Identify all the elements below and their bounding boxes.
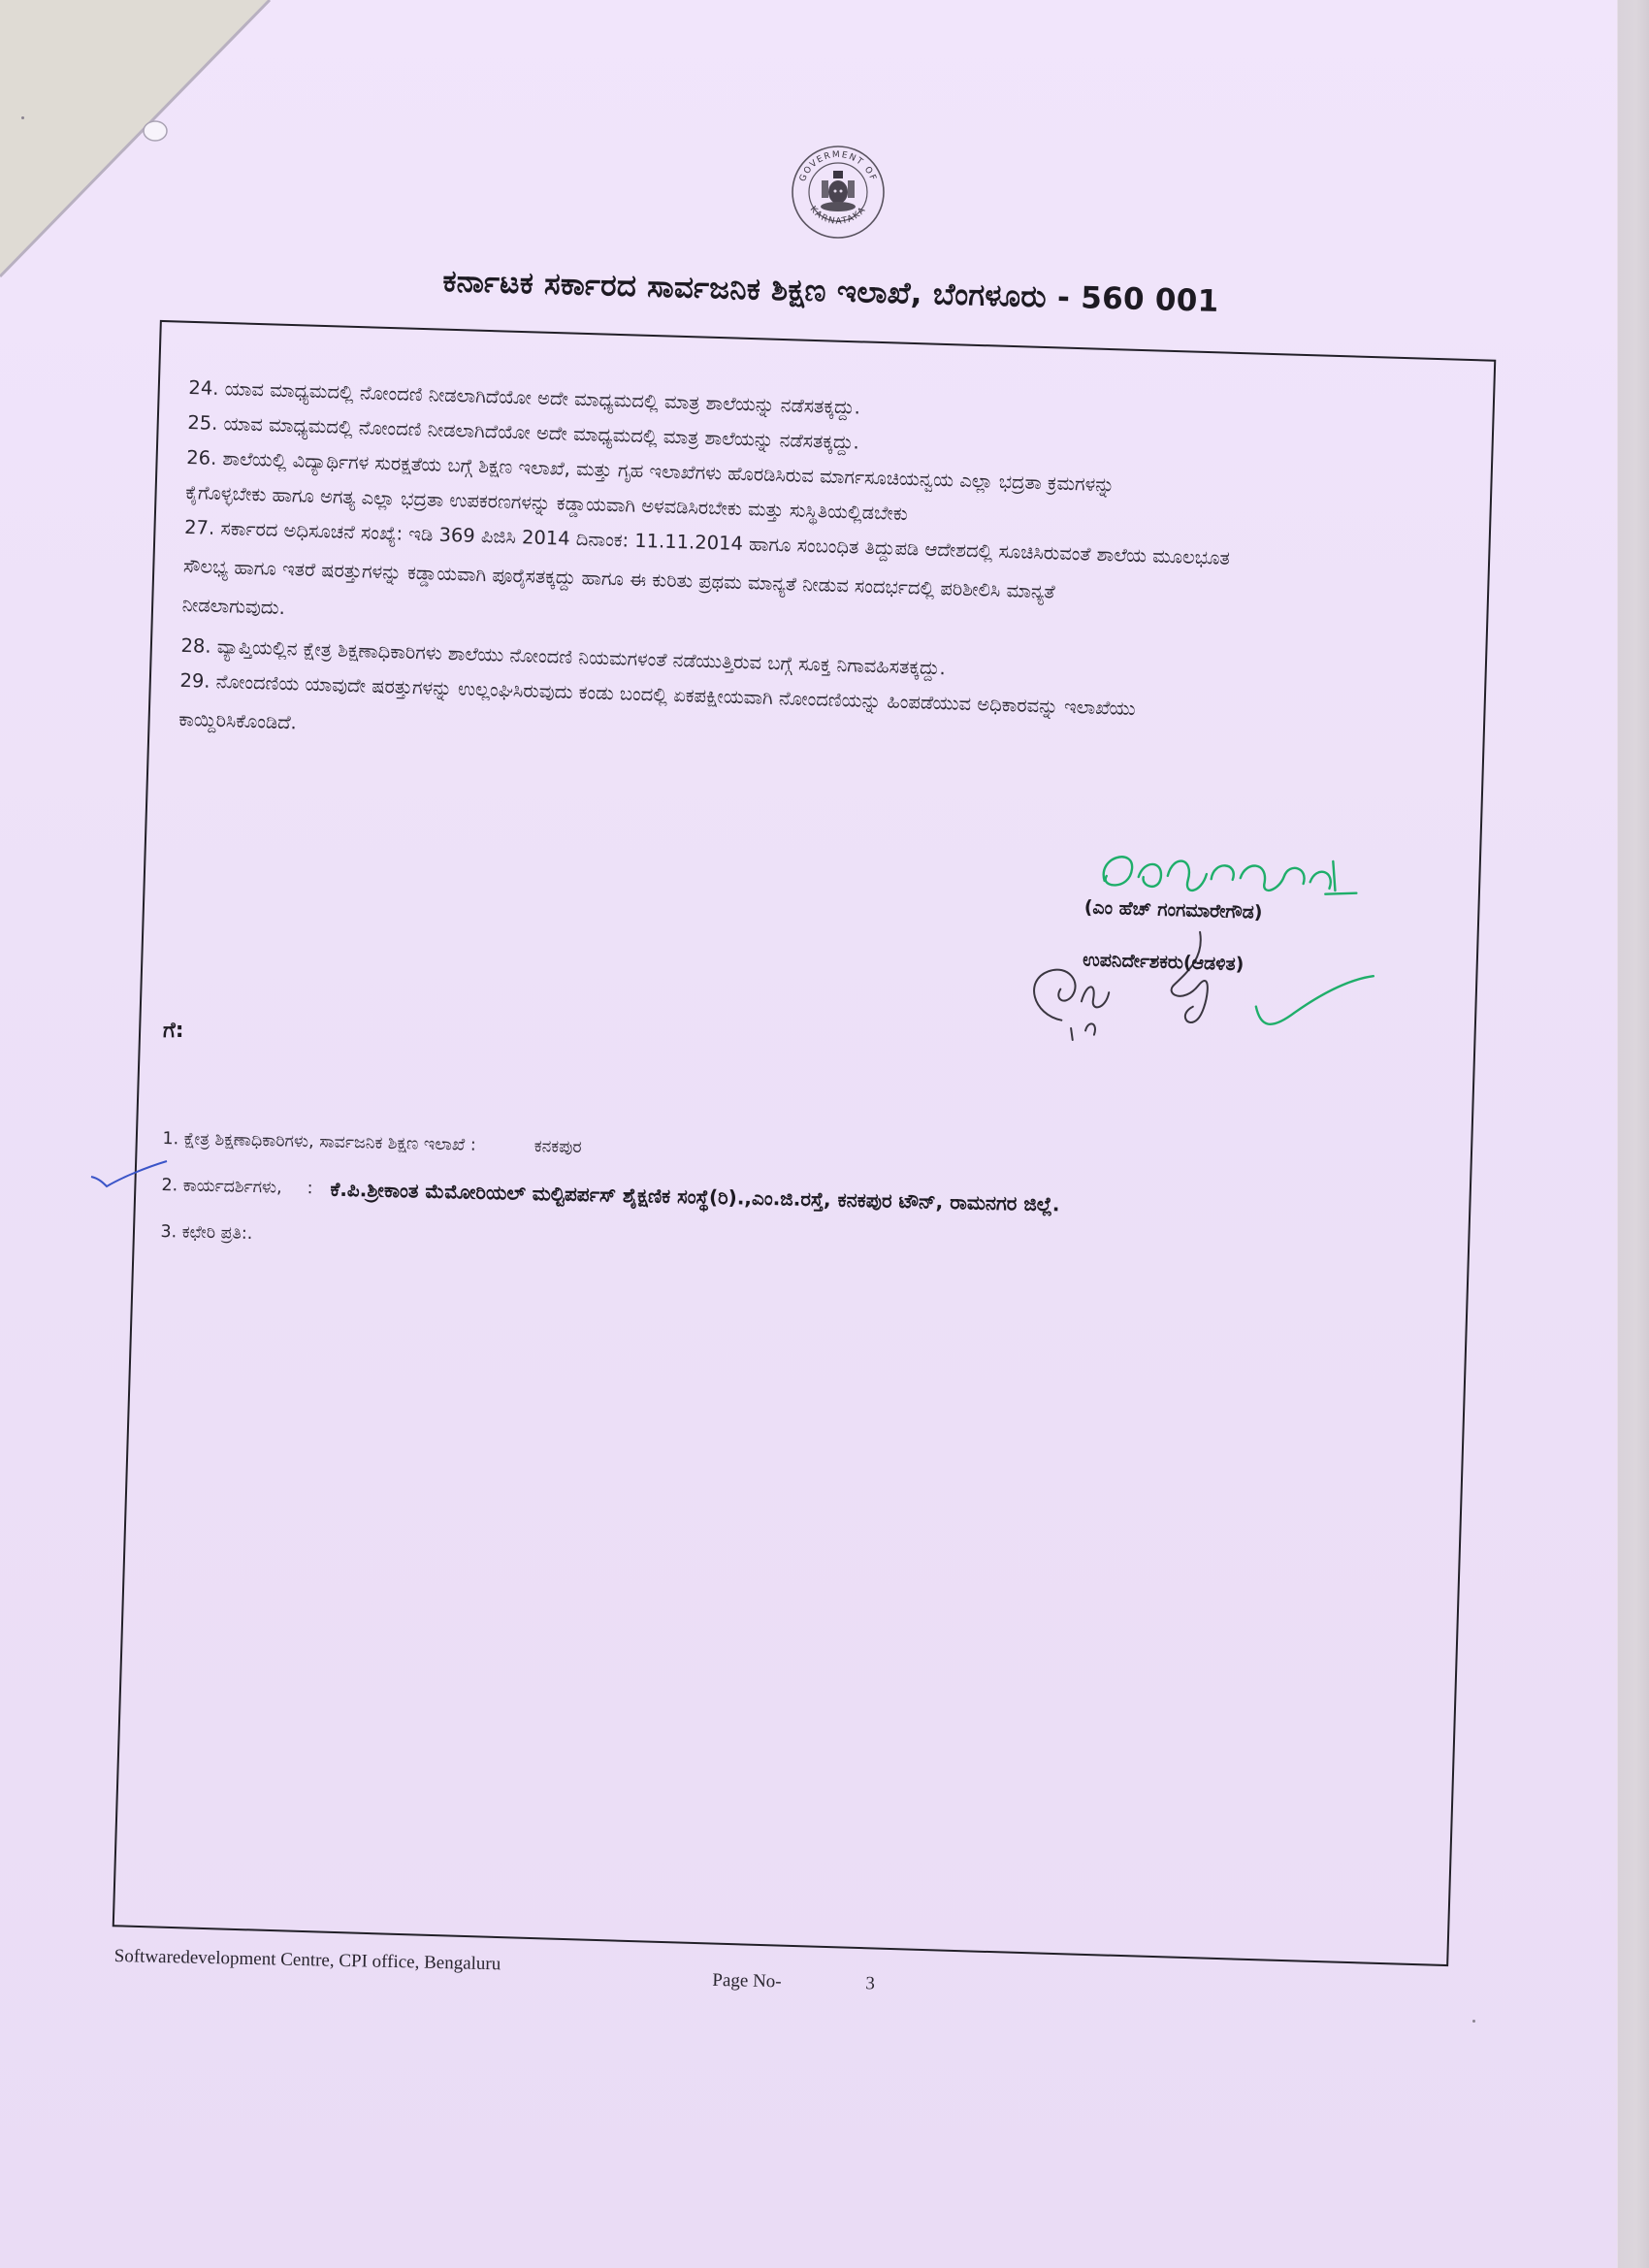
handwritten-signature-icon — [1002, 834, 1415, 1059]
scan-speck — [1472, 2020, 1475, 2023]
to-label: ಗೆ: — [163, 1019, 184, 1043]
karnataka-government-seal-icon: GOVERMENT OF KARNATAKA — [790, 144, 887, 241]
scanner-edge-strip — [1617, 0, 1649, 2268]
recipient-2-address: ಕೆ.ಪಿ.ಶ್ರೀಕಾಂತ ಮೆಮೋರಿಯಲ್ ಮಲ್ಟಿಪರ್ಪಸ್ ಶೈಕ… — [330, 1178, 1059, 1216]
page-number: 3 — [865, 1973, 875, 1994]
conditions-list: 24. ಯಾವ ಮಾಧ್ಯಮದಲ್ಲಿ ನೋಂದಣಿ ನೀಡಲಾಗಿದೆಯೋ ಅ… — [178, 371, 1450, 778]
scan-speck — [21, 116, 24, 119]
recipients-list: 1. ಕ್ಷೇತ್ರ ಶಿಕ್ಷಣಾಧಿಕಾರಿಗಳು, ಸಾರ್ವಜನಿಕ ಶ… — [160, 1116, 1424, 1281]
signature-block: (ಎಂ ಹೆಚ್ ಗಂಗಮಾರೇಗೌಡ) ಉಪನಿರ್ದೇಶಕರು(ಆಡಳಿತ) — [1002, 834, 1415, 1059]
page-number-label: Page No- — [712, 1970, 782, 1993]
